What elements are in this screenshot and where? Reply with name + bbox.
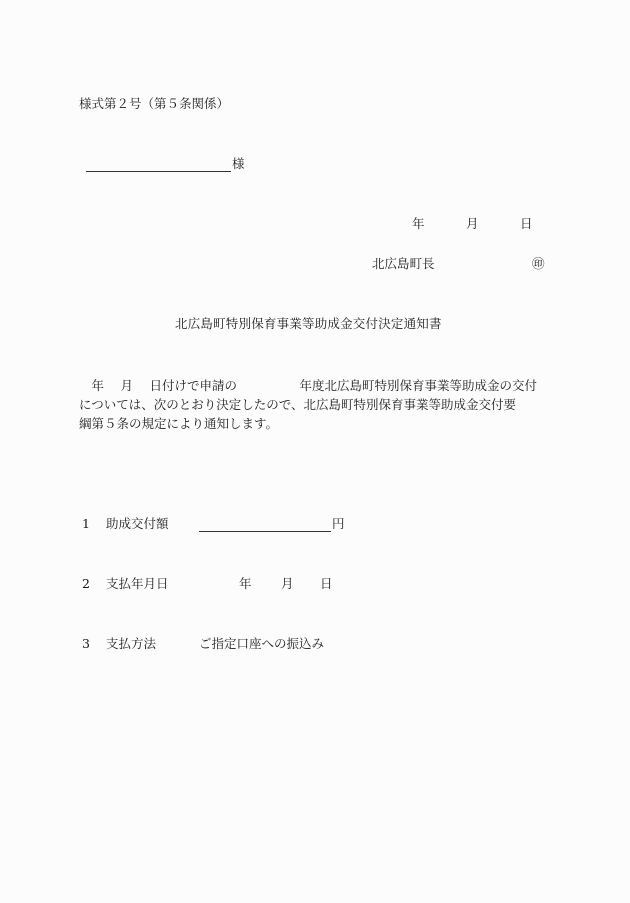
payment-date-day-label: 日 [320,576,333,592]
seal-icon: ㊞ [532,256,545,272]
issuer-title: 北広島町長 [372,256,435,272]
item-label-payment-method: 支払方法 [106,636,156,652]
item-number: 3 [82,636,90,652]
item-number: 2 [82,576,90,592]
issue-date-month-label: 月 [466,216,479,232]
addressee-name-field[interactable] [86,156,231,172]
payment-date-year-label: 年 [239,576,252,592]
body-line: については、次のとおり決定したので、北広島町特別保育事業等助成金交付要 [79,395,559,414]
payment-date-month-label: 月 [281,576,294,592]
issue-date-day-label: 日 [520,216,533,232]
document-body: 年 月 日付けで申請の 年度北広島町特別保育事業等助成金の交付 については、次の… [79,376,559,433]
form-number: 様式第２号（第５条関係） [79,96,229,112]
item-label-payment-date: 支払年月日 [106,576,169,592]
issue-date-year-label: 年 [412,216,425,232]
addressee-honorific: 様 [232,156,245,172]
document-title: 北広島町特別保育事業等助成金交付決定通知書 [175,316,442,332]
body-line: 年 月 日付けで申請の 年度北広島町特別保育事業等助成金の交付 [79,376,559,395]
body-line: 綱第５条の規定により通知します。 [79,414,559,433]
item-number: 1 [82,516,90,532]
payment-method-value: ご指定口座への振込み [199,636,324,652]
item-label-grant-amount: 助成交付額 [106,516,169,532]
currency-unit: 円 [332,516,345,532]
grant-amount-field[interactable] [199,516,331,532]
